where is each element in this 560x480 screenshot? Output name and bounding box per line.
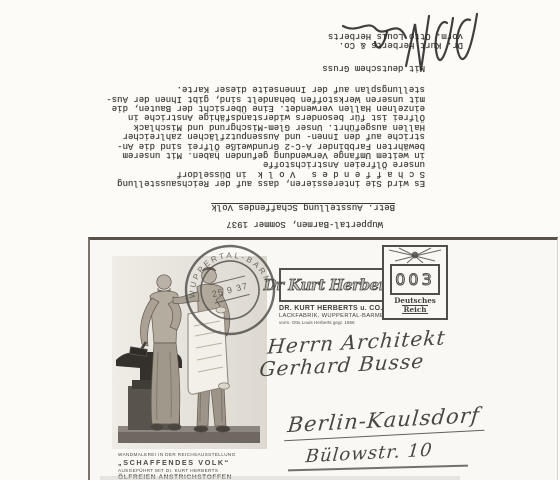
postage-value: 003 bbox=[395, 270, 435, 289]
letter-subject: Betr. Ausstellung Schaffendes Volk bbox=[95, 201, 395, 210]
scan-edge-smudge bbox=[100, 476, 460, 480]
postcard: WANDMALEREI IN DER REICHSAUSSTELLUNG „SC… bbox=[88, 237, 558, 480]
handwritten-signature-icon bbox=[333, 0, 483, 78]
letter-body-line: mit unseren Werkstoffen behandelt sind, … bbox=[95, 93, 425, 102]
caption-line: „SCHAFFENDES VOLK“ bbox=[118, 458, 288, 467]
meter-stamp: Dr Kurt Herberts DR. KURT HERBERTS u. CO… bbox=[279, 268, 389, 325]
letter-body-line: stellungsplan auf der Innenseite dieser … bbox=[95, 84, 425, 93]
reich-label-line: Reich bbox=[402, 305, 429, 315]
sunburst-icon bbox=[385, 247, 445, 264]
address-line: Bülowstr. 10 bbox=[305, 440, 434, 468]
letter-body: Es wird Sie interessieren, dass auf der … bbox=[95, 84, 425, 187]
caption-line: AUSGEFÜHRT MIT Dr. KURT HERBERTS bbox=[118, 468, 288, 473]
letter-text-block: Wuppertal-Barmen, Sommer 1937 Betr. Auss… bbox=[95, 2, 465, 234]
reich-label: Deutsches Reich bbox=[384, 297, 446, 314]
letter-body-line: striche auf den Innen- und Aussenputzflä… bbox=[95, 131, 425, 140]
meter-company-line: LACKFABRIK, WUPPERTAL-BARMEN bbox=[279, 313, 389, 319]
letter-body-line: bewährten Farbbinder A-C-2 Grundweiße Öl… bbox=[95, 140, 425, 149]
address-line: Berlin-Kaulsdorf bbox=[284, 403, 487, 441]
letter-dateline: Wuppertal-Barmen, Sommer 1937 bbox=[95, 219, 383, 228]
letter-body-line: Hallen ausgeführt. Unser Glem-Mischgrund… bbox=[95, 121, 425, 130]
meter-company-line: DR. KURT HERBERTS u. CO. bbox=[279, 305, 389, 312]
postage-value-box: 003 bbox=[390, 264, 440, 295]
meter-stamp-logo: Dr Kurt Herberts bbox=[279, 268, 385, 302]
meter-company-line: vorm. Otto Louis Herberts gegr. 1866 bbox=[279, 320, 389, 325]
caption-line: WANDMALEREI IN DER REICHSAUSSTELLUNG bbox=[118, 452, 288, 457]
meter-value-frame: 003 Deutsches Reich bbox=[382, 245, 448, 320]
scanned-postcard-document: Wuppertal-Barmen, Sommer 1937 Betr. Auss… bbox=[0, 0, 560, 480]
reich-label-line: Deutsches bbox=[384, 297, 446, 305]
letter-body-line: unsere Ölfreien Anstrichstoffe bbox=[95, 159, 425, 168]
logo-script-text: Dr Kurt Herberts bbox=[264, 276, 401, 294]
letter-body-line: Ölfrei ist für besonders widerstandsfähi… bbox=[95, 112, 425, 121]
letter-body-line: Es wird Sie interessieren, dass auf der … bbox=[95, 178, 425, 187]
letter-body-line: S c h a f f e n d e s V o l k in Düsseld… bbox=[95, 168, 425, 177]
